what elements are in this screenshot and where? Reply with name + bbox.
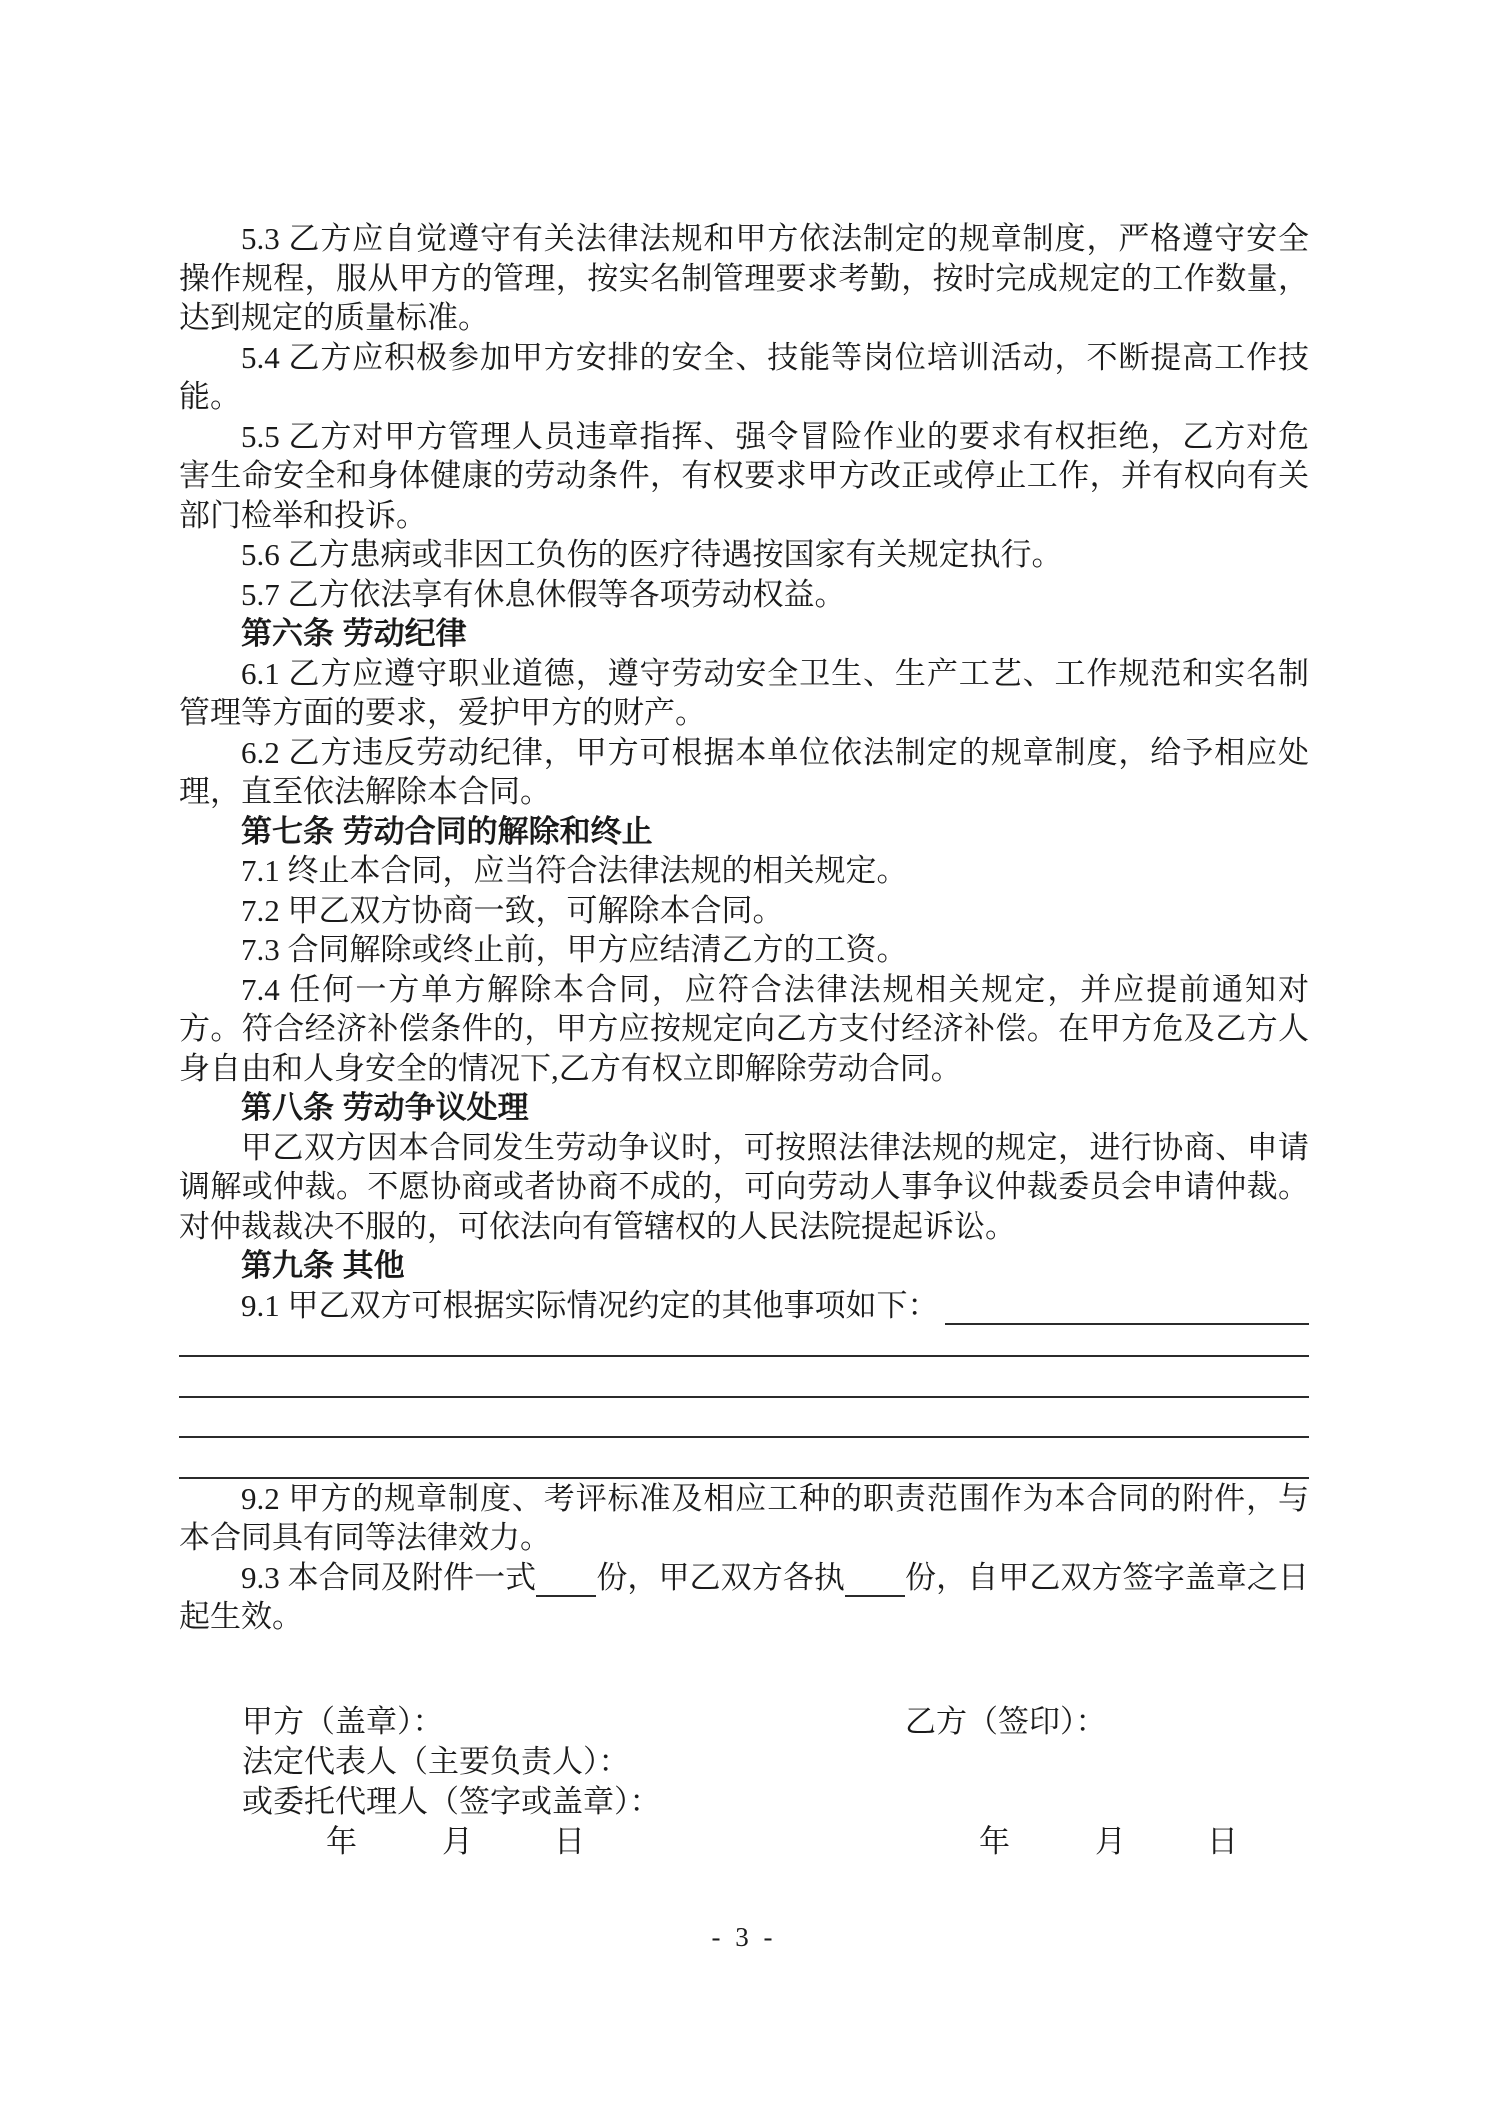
clause-9-3-text-2: 份，甲乙双方各执 (596, 1560, 845, 1595)
article-6-heading: 第六条 劳动纪律 (179, 614, 1309, 654)
party-a-year-label: 年 (326, 1822, 357, 1862)
fill-in-line (179, 1325, 1309, 1357)
clause-9-1-text: 9.1 甲乙双方可根据实际情况约定的其他事项如下： (241, 1286, 939, 1326)
signature-row-seals: 甲方（盖章）： 乙方（签印）： (179, 1702, 1309, 1742)
clause-9-1: 9.1 甲乙双方可根据实际情况约定的其他事项如下： (179, 1286, 1309, 1326)
contract-body: 5.3 乙方应自觉遵守有关法律法规和甲方依法制定的规章制度，严格遵守安全操作规程… (179, 219, 1309, 1637)
page-number: - 3 - (0, 1922, 1488, 1953)
party-a-month-label: 月 (442, 1822, 473, 1862)
fill-in-line (179, 1398, 1309, 1439)
clause-5-3: 5.3 乙方应自觉遵守有关法律法规和甲方依法制定的规章制度，严格遵守安全操作规程… (179, 219, 1309, 338)
fill-in-line (179, 1438, 1309, 1479)
clause-9-3: 9.3 本合同及附件一式份，甲乙双方各执份，自甲乙双方签字盖章之日起生效。 (179, 1558, 1309, 1637)
signature-row-dates: 年 月 日 年 月 日 (179, 1822, 1309, 1862)
party-b-month-label: 月 (1095, 1822, 1126, 1862)
party-a-day-label: 日 (554, 1822, 585, 1862)
clause-8-body: 甲乙双方因本合同发生劳动争议时，可按照法律法规的规定，进行协商、申请调解或仲裁。… (179, 1128, 1309, 1247)
article-8-heading: 第八条 劳动争议处理 (179, 1088, 1309, 1128)
agent-label: 或委托代理人（签字或盖章）： (179, 1782, 661, 1822)
signature-block: 甲方（盖章）： 乙方（签印）： 法定代表人（主要负责人）： 或委托代理人（签字或… (179, 1702, 1309, 1862)
clause-5-7: 5.7 乙方依法享有休息休假等各项劳动权益。 (179, 575, 1309, 615)
party-b-day-label: 日 (1207, 1822, 1238, 1862)
signature-row-agent: 或委托代理人（签字或盖章）： (179, 1782, 1309, 1822)
clause-5-6: 5.6 乙方患病或非因工负伤的医疗待遇按国家有关规定执行。 (179, 535, 1309, 575)
party-b-sign-label: 乙方（签印）： (905, 1702, 1107, 1742)
clause-5-4: 5.4 乙方应积极参加甲方安排的安全、技能等岗位培训活动，不断提高工作技能。 (179, 338, 1309, 417)
legal-rep-label: 法定代表人（主要负责人）： (179, 1742, 630, 1782)
clause-7-2: 7.2 甲乙双方协商一致，可解除本合同。 (179, 891, 1309, 931)
other-items-fill-in-lines (179, 1325, 1309, 1479)
party-b-year-label: 年 (979, 1822, 1010, 1862)
fill-in-line (179, 1357, 1309, 1398)
clause-9-3-text-1: 9.3 本合同及附件一式 (241, 1560, 536, 1595)
article-9-heading: 第九条 其他 (179, 1246, 1309, 1286)
clause-9-2: 9.2 甲方的规章制度、考评标准及相应工种的职责范围作为本合同的附件，与本合同具… (179, 1479, 1309, 1558)
clause-6-2: 6.2 乙方违反劳动纪律，甲方可根据本单位依法制定的规章制度，给予相应处理，直至… (179, 733, 1309, 812)
copies-count-blank (536, 1564, 596, 1597)
clause-9-1-fill-in-line (945, 1289, 1310, 1325)
signature-row-legal-rep: 法定代表人（主要负责人）： (179, 1742, 1309, 1782)
clause-7-3: 7.3 合同解除或终止前，甲方应结清乙方的工资。 (179, 930, 1309, 970)
clause-7-1: 7.1 终止本合同，应当符合法律法规的相关规定。 (179, 851, 1309, 891)
copies-each-blank (845, 1564, 905, 1597)
clause-6-1: 6.1 乙方应遵守职业道德，遵守劳动安全卫生、生产工艺、工作规范和实名制管理等方… (179, 654, 1309, 733)
contract-page-3: 5.3 乙方应自觉遵守有关法律法规和甲方依法制定的规章制度，严格遵守安全操作规程… (0, 0, 1488, 2104)
party-a-seal-label: 甲方（盖章）： (179, 1702, 444, 1742)
clause-5-5: 5.5 乙方对甲方管理人员违章指挥、强令冒险作业的要求有权拒绝，乙方对危害生命安… (179, 417, 1309, 536)
clause-7-4: 7.4 任何一方单方解除本合同，应符合法律法规相关规定，并应提前通知对方。符合经… (179, 970, 1309, 1089)
article-7-heading: 第七条 劳动合同的解除和终止 (179, 812, 1309, 852)
